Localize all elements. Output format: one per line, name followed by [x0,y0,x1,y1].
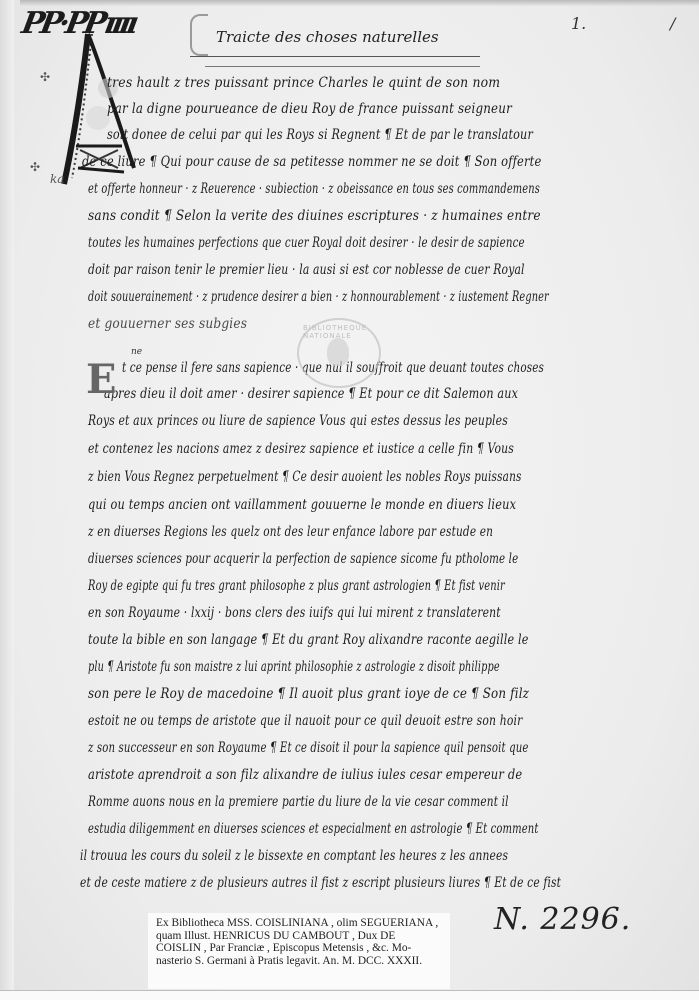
margin-ornament: ✣ [30,160,40,174]
rubric-bracket [190,14,208,56]
ex-libris-label: Ex Bibliotheca MSS. COISLINIANA , olim S… [148,913,450,989]
text-line: de ce liure ¶ Qui pour cause de sa petit… [82,154,541,170]
margin-ornament: ka [50,172,64,186]
text-line: et gouuerner ses subgies [88,316,247,332]
text-line: z bien Vous Regnez perpetuelment ¶ Ce de… [88,469,522,485]
text-line: il trouua les cours du soleil z le bisse… [80,848,508,864]
text-line: z en diuerses Regions les quelz ont des … [88,524,493,540]
title-rule [205,66,480,67]
ex-libris-line: quam Illust. HENRICUS DU CAMBOUT , Dux D… [156,930,442,943]
text-line: tres hault z tres puissant prince Charle… [107,75,500,91]
margin-ornament: ✣ [40,70,50,84]
page-bottom-edge [0,990,699,1000]
text-line: et offerte honneur · z Reuerence · subie… [88,181,540,197]
manuscript-page: PP·PP ıııı ✣ ✣ ka Traicte des choses nat… [0,0,699,1000]
text-line: Roys et aux princes ou liure de sapience… [88,413,508,429]
text-line: Roy de egipte qui fu tres grant philosop… [88,578,505,594]
text-line: estudia diligemment en diuerses sciences… [88,821,539,837]
page-left-edge [0,0,14,1000]
text-line: aristote aprendroit a son filz alixandre… [88,767,522,783]
text-line: soit donee de celui par qui les Roys si … [107,127,533,143]
text-line: et de ceste matiere z de plusieurs autre… [80,875,561,891]
text-line: en son Royaume · lxxij · bons clers des … [88,605,501,621]
title-cartouche: Traicte des choses naturelles [190,14,480,57]
text-line: Romme auons nous en la premiere partie d… [88,794,509,810]
text-line: doit souuerainement · z prudence desirer… [88,289,549,305]
folio-stroke: / [670,14,675,33]
shelfmark: N. 2296. [494,902,631,937]
text-line: estoit ne ou temps de aristote que il na… [88,713,522,729]
text-line: sans condit ¶ Selon la verite des diuine… [88,208,541,224]
text-line: par la digne pourueance de dieu Roy de f… [107,101,512,117]
text-line: diuerses sciences pour acquerir la perfe… [88,551,518,567]
text-line: plu ¶ Aristote fu son maistre z lui apri… [88,659,500,675]
library-stamp: BIBLIOTHEQUE NATIONALE [297,318,381,388]
text-line: qui ou temps ancien ont vaillamment gouu… [88,497,516,513]
text-line: z son successeur en son Royaume ¶ Et ce … [88,740,529,756]
ex-libris-line: Ex Bibliotheca MSS. COISLINIANA , olim S… [156,917,442,930]
text-line: son pere le Roy de macedoine ¶ Il auoit … [88,686,529,702]
text-line: apres dieu il doit amer · desirer sapien… [104,386,518,402]
folio-number: 1. [571,14,586,33]
text-line: toutes les humaines perfections que cuer… [88,235,525,251]
text-line: toute la bible en son langage ¶ Et du gr… [88,632,529,648]
stamp-emblem-icon [327,338,349,366]
interlinear-correction: ne [131,347,142,357]
ex-libris-line: COISLIN , Par Franciæ , Episcopus Metens… [156,942,442,955]
text-line: et contenez les nacions amez z desirez s… [88,441,514,457]
page-title: Traicte des choses naturelles [216,28,439,46]
section-initial-E: E [86,358,122,402]
text-line: doit par raison tenir le premier lieu · … [88,262,525,278]
ex-libris-line: nasterio S. Germani à Pratis legavit. An… [156,955,442,968]
